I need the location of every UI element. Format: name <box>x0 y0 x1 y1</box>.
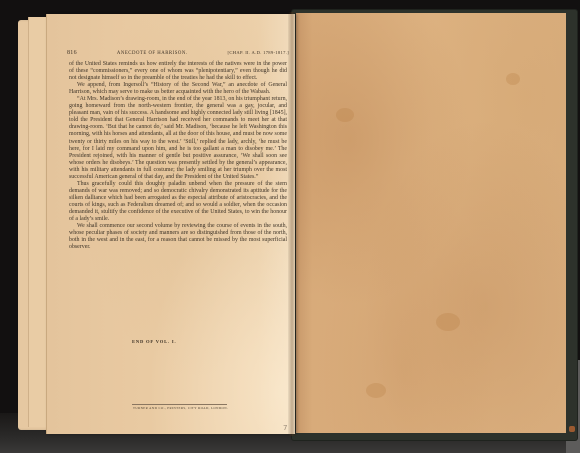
paragraph: Thus gracefully could this doughty palad… <box>69 181 287 223</box>
paragraph: We shall commence our second volume by r… <box>69 223 287 251</box>
paragraph: We append, from Ingersoll’s “History of … <box>69 82 287 96</box>
foxing-spot <box>336 108 354 122</box>
body-text: of the United States reminds us how enti… <box>69 61 287 251</box>
end-of-volume-note: END OF VOL. I. <box>132 339 176 344</box>
left-text-page: 816 ANECDOTE OF HARRISON. [CHAP. II. A.D… <box>46 14 295 434</box>
imprint-rule <box>132 404 227 405</box>
foxing-spot <box>506 73 520 85</box>
foxing-spot <box>366 383 386 398</box>
running-title: ANECDOTE OF HARRISON. <box>117 51 188 56</box>
book-scan: 816 ANECDOTE OF HARRISON. [CHAP. II. A.D… <box>0 0 580 453</box>
pencil-mark: 7 <box>283 424 287 432</box>
page-number: 816 <box>67 50 77 56</box>
chapter-reference: [CHAP. II. A.D. 1789-1817.] <box>228 50 289 55</box>
printer-imprint: TURNER AND CO., PRINTERS, CITY ROAD, LON… <box>133 406 228 410</box>
paragraph: of the United States reminds us how enti… <box>69 61 287 82</box>
cover-corner-wear <box>569 426 575 432</box>
book-gutter <box>288 12 296 436</box>
running-head: 816 ANECDOTE OF HARRISON. [CHAP. II. A.D… <box>67 50 289 56</box>
right-pastedown-page <box>296 13 566 433</box>
foxing-spot <box>436 313 460 331</box>
paragraph: “At Mrs. Madison’s drawing-room, in the … <box>69 96 287 181</box>
